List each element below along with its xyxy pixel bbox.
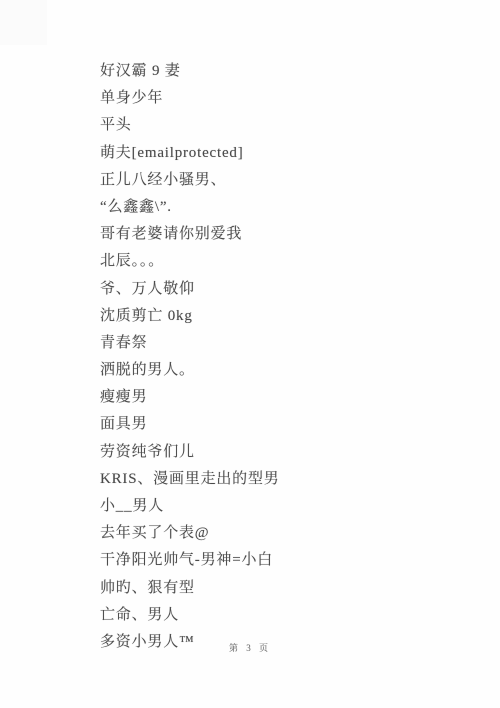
text-line: 亡命、男人 [100,602,480,629]
text-line: 北辰。。。 [100,248,480,275]
text-line: 干净阳光帅气-男神=小白 [100,547,480,574]
text-line: 正儿八经小骚男、 [100,167,480,194]
text-line: “么鑫鑫\”. [100,194,480,221]
text-line: 好汉霸 9 妻 [100,58,480,85]
document-body: 好汉霸 9 妻 单身少年 平头 萌夫[emailprotected] 正儿八经小… [100,58,480,656]
text-line: 劳资纯爷们儿 [100,439,480,466]
scan-corner-artifact [0,0,47,45]
text-line: 帅旳、狠有型 [100,575,480,602]
text-line: 平头 [100,112,480,139]
text-line: 青春祭 [100,330,480,357]
text-line: 小__男人 [100,493,480,520]
text-line: 沈质剪亡 0kg [100,303,480,330]
text-line: 去年买了个表@ [100,520,480,547]
text-line: 面具男 [100,411,480,438]
text-line: KRIS、漫画里走出的型男 [100,466,480,493]
text-line: 哥有老婆请你别爱我 [100,221,480,248]
text-line: 瘦瘦男 [100,384,480,411]
text-line: 洒脱的男人。 [100,357,480,384]
page-footer: 第 3 页 [0,641,500,654]
page-number: 第 3 页 [229,643,271,653]
text-line: 爷、万人敬仰 [100,276,480,303]
text-line: 单身少年 [100,85,480,112]
text-line: 萌夫[emailprotected] [100,140,480,167]
